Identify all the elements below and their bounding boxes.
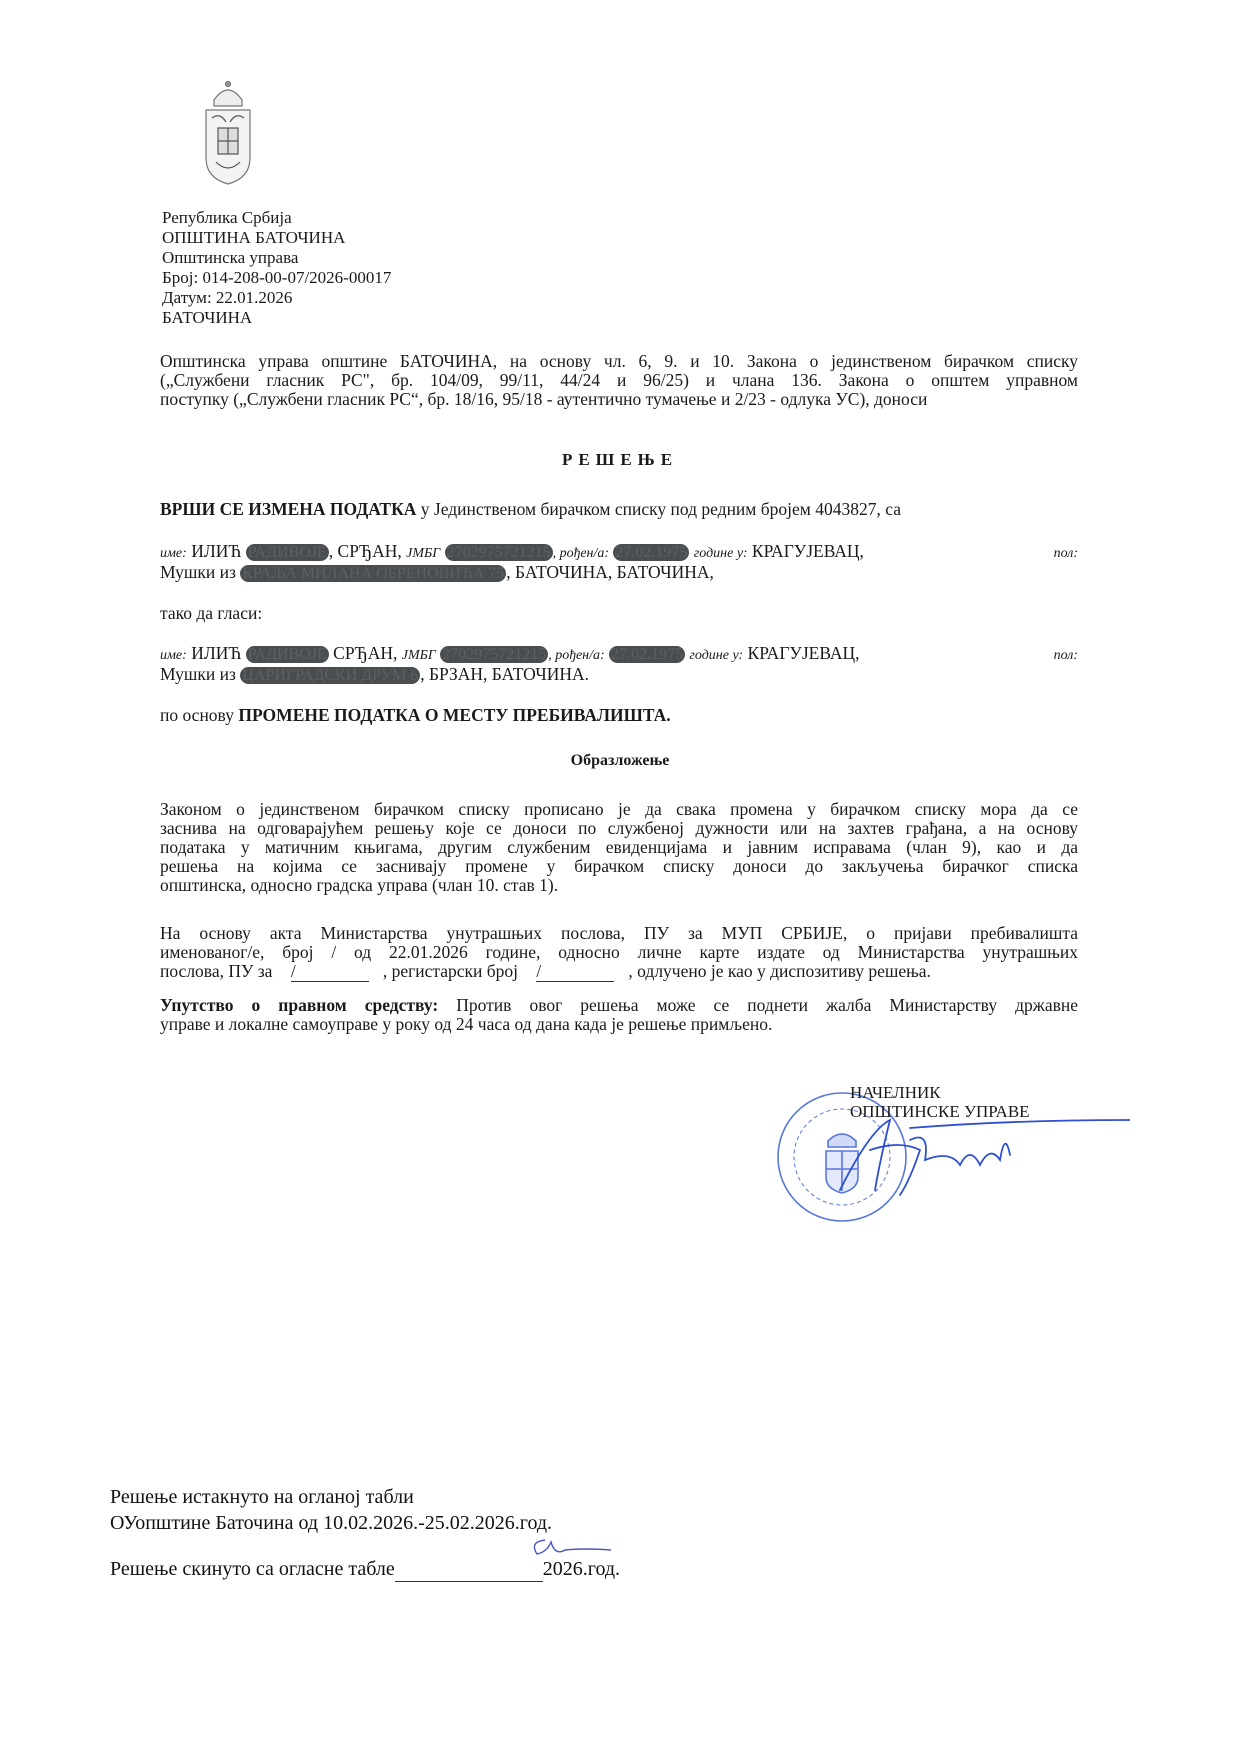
jmbg-label: ЈМБГ: [402, 648, 436, 663]
legal-remedy: Упутство о правном средству: Против овог…: [160, 996, 1078, 1034]
intro-paragraph: Општинска управа општине БАТОЧИНА, на ос…: [160, 352, 1078, 409]
jmbg-label: ЈМБГ: [406, 546, 440, 561]
legal-remedy-text: управе и локалне самоуправе у року од 24…: [160, 1015, 1078, 1034]
sex-value: Мушки из: [160, 562, 236, 582]
birth-place: КРАГУЈЕВАЦ,: [748, 643, 860, 663]
born-label: , рођен/а:: [553, 546, 609, 561]
office-name: Општинска управа: [162, 248, 391, 268]
document-date: Датум: 22.01.2026: [162, 288, 391, 308]
reasoning-line: послова, ПУ за /, регистарски број /, од…: [160, 962, 1078, 982]
registry-number-blank: /: [536, 962, 614, 982]
posting-dates: ОУопштине Баточина од 10.02.2026.-25.02.…: [110, 1510, 552, 1536]
document-number: Број: 014-208-00-07/2026-00017: [162, 268, 391, 288]
coat-of-arms-icon: [200, 78, 256, 186]
sex-value: Мушки из: [160, 664, 236, 684]
reasoning-line: заснива на одговарајућем решењу које се …: [160, 819, 1078, 838]
decision-bold: ВРШИ СЕ ИЗМЕНА ПОДАТКА: [160, 499, 416, 519]
surname: ИЛИЋ: [191, 643, 241, 663]
signatory-title: НАЧЕЛНИК: [850, 1083, 1030, 1102]
reasoning-line: општинска, односно градска управа (члан …: [160, 876, 1078, 895]
record-new: име: ИЛИЋ РАДИВОЈЕ СРЂАН, ЈМБГ 270297572…: [160, 644, 1078, 684]
decision-text: у Јединственом бирачком списку под редни…: [416, 499, 901, 519]
redacted-birth-date: 27.02.1975: [609, 646, 685, 663]
reasoning-title: Образложење: [0, 752, 1240, 770]
posting-note: Решење истакнуто на огланој табли ОУопшт…: [110, 1484, 552, 1536]
text: послова, ПУ за: [160, 961, 272, 981]
text: , регистарски број: [383, 961, 518, 981]
police-department-blank: /: [291, 962, 369, 982]
intro-line: Општинска управа општине БАТОЧИНА, на ос…: [160, 352, 1078, 371]
first-name: СРЂАН,: [329, 643, 398, 663]
redacted-jmbg: 2702975721215: [440, 646, 548, 663]
name-label: име:: [160, 648, 187, 663]
posting-line: Решење истакнуто на огланој табли: [110, 1484, 552, 1510]
birth-place: КРАГУЈЕВАЦ,: [752, 541, 864, 561]
basis-line: по основу ПРОМЕНЕ ПОДАТКА О МЕСТУ ПРЕБИВ…: [160, 706, 671, 725]
municipality-name: ОПШТИНА БАТОЧИНА: [162, 228, 391, 248]
sex-label: пол:: [1054, 544, 1078, 563]
reasoning-paragraph-1: Законом о јединственом бирачком списку п…: [160, 800, 1078, 895]
removal-year: 2026.год.: [543, 1558, 620, 1580]
surname: ИЛИЋ: [191, 541, 241, 561]
redacted-parent-name: РАДИВОЈЕ: [246, 646, 329, 663]
redacted-street: КРАЉА МИЛАНА ОБРЕНОВИЋА 75: [240, 565, 506, 582]
year-in-label: године у:: [694, 546, 748, 561]
decision-line: ВРШИ СЕ ИЗМЕНА ПОДАТКА у Јединственом би…: [160, 500, 901, 519]
document-title: РЕШЕЊЕ: [0, 450, 1240, 470]
legal-remedy-text: Против овог решења може се поднети жалба…: [438, 995, 1078, 1015]
country-name: Република Србија: [162, 208, 391, 228]
redacted-parent-name: РАДИВОЈЕ: [246, 544, 329, 561]
redacted-jmbg: 2702975721215: [445, 544, 553, 561]
document-header: Република Србија ОПШТИНА БАТОЧИНА Општин…: [162, 208, 391, 328]
legal-remedy-label: Упутство о правном средству:: [160, 995, 438, 1015]
handwritten-signature-icon: [830, 1110, 1130, 1200]
reasoning-line: решења на којима се заснивају промене у …: [160, 857, 1078, 876]
intro-line: поступку („Службени гласник РС“, бр. 18/…: [160, 390, 1078, 409]
removal-text: Решење скинуто са огласне табле: [110, 1558, 395, 1580]
redacted-birth-date: 27.02.1975: [613, 544, 689, 561]
basis-prefix: по основу: [160, 705, 238, 725]
basis-bold: ПРОМЕНЕ ПОДАТКА О МЕСТУ ПРЕБИВАЛИШТА.: [238, 705, 670, 725]
reasoning-line: именованог/е, број / од 22.01.2026 годин…: [160, 943, 1078, 962]
removal-date-blank: [395, 1559, 543, 1582]
redacted-street: ЦАРИГРАДСКИ ДРУМ 6: [240, 667, 420, 684]
reasoning-line: Законом о јединственом бирачком списку п…: [160, 800, 1078, 819]
reasoning-line: На основу акта Министарства унутрашњих п…: [160, 924, 1078, 943]
record-old: име: ИЛИЋ РАДИВОЈЕ, СРЂАН, ЈМБГ 27029757…: [160, 542, 1078, 582]
reasoning-paragraph-2: На основу акта Министарства унутрашњих п…: [160, 924, 1078, 982]
removal-note: Решење скинуто са огласне табле2026.год.: [110, 1556, 620, 1582]
location: , БАТОЧИНА, БАТОЧИНА,: [506, 562, 714, 582]
intro-line: („Службени гласник РС", бр. 104/09, 99/1…: [160, 371, 1078, 390]
document-place: БАТОЧИНА: [162, 308, 391, 328]
transition-text: тако да гласи:: [160, 604, 262, 623]
born-label: , рођен/а:: [548, 648, 604, 663]
sex-label: пол:: [1054, 646, 1078, 665]
year-in-label: године у:: [689, 648, 743, 663]
text: , одлучено је као у диспозитиву решења.: [628, 961, 931, 981]
first-name: , СРЂАН,: [329, 541, 402, 561]
name-label: име:: [160, 546, 187, 561]
reasoning-line: података у матичним књигама, другим служ…: [160, 838, 1078, 857]
location: , БРЗАН, БАТОЧИНА.: [420, 664, 589, 684]
